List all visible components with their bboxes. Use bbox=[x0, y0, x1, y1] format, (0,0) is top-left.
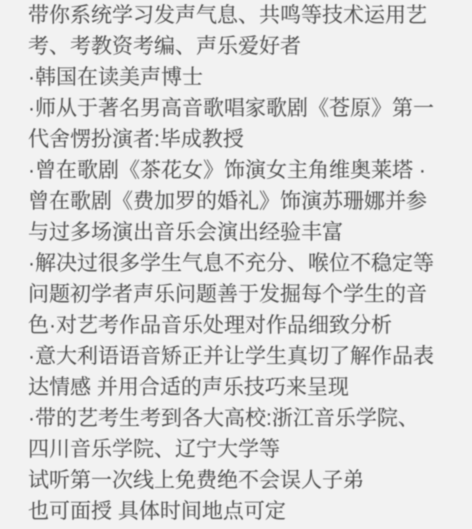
text-line: 四川音乐学院、辽宁大学等 bbox=[28, 434, 456, 465]
text-line: ·曾在歌剧《茶花女》饰演女主角维奥莱塔 · bbox=[28, 155, 456, 186]
vocal-teacher-bio-text: 带你系统学习发声气息、共鸣等技术运用艺 考、考教资考编、声乐爱好者 ·韩国在读美… bbox=[0, 0, 472, 529]
text-line: ·意大利语语音矫正并让学生真切了解作品表 bbox=[28, 341, 456, 372]
text-line: 问题初学者声乐问题善于发掘每个学生的音 bbox=[28, 279, 456, 310]
text-line: ·解决过很多学生气息不充分、喉位不稳定等 bbox=[28, 248, 456, 279]
text-line: 与过多场演出音乐会演出经验丰富 bbox=[28, 217, 456, 248]
text-line: 试听第一次线上免费绝不会误人子弟 bbox=[28, 465, 456, 496]
text-line: 达情感 并用合适的声乐技巧来呈现 bbox=[28, 372, 456, 403]
text-line: ·师从于著名男高音歌唱家歌剧《苍原》第一 bbox=[28, 93, 456, 124]
text-line: 带你系统学习发声气息、共鸣等技术运用艺 bbox=[28, 0, 456, 31]
text-line: 也可面授 具体时间地点可定 bbox=[28, 496, 456, 527]
text-line: ·带的艺考生考到各大高校:浙江音乐学院、 bbox=[28, 403, 456, 434]
text-line: 色·对艺考作品音乐处理对作品细致分析 bbox=[28, 310, 456, 341]
text-line: 曾在歌剧《费加罗的婚礼》饰演苏珊娜并参 bbox=[28, 186, 456, 217]
text-line: ·韩国在读美声博士 bbox=[28, 62, 456, 93]
text-line: 考、考教资考编、声乐爱好者 bbox=[28, 31, 456, 62]
text-line: 代舍愣扮演者:毕成教授 bbox=[28, 124, 456, 155]
